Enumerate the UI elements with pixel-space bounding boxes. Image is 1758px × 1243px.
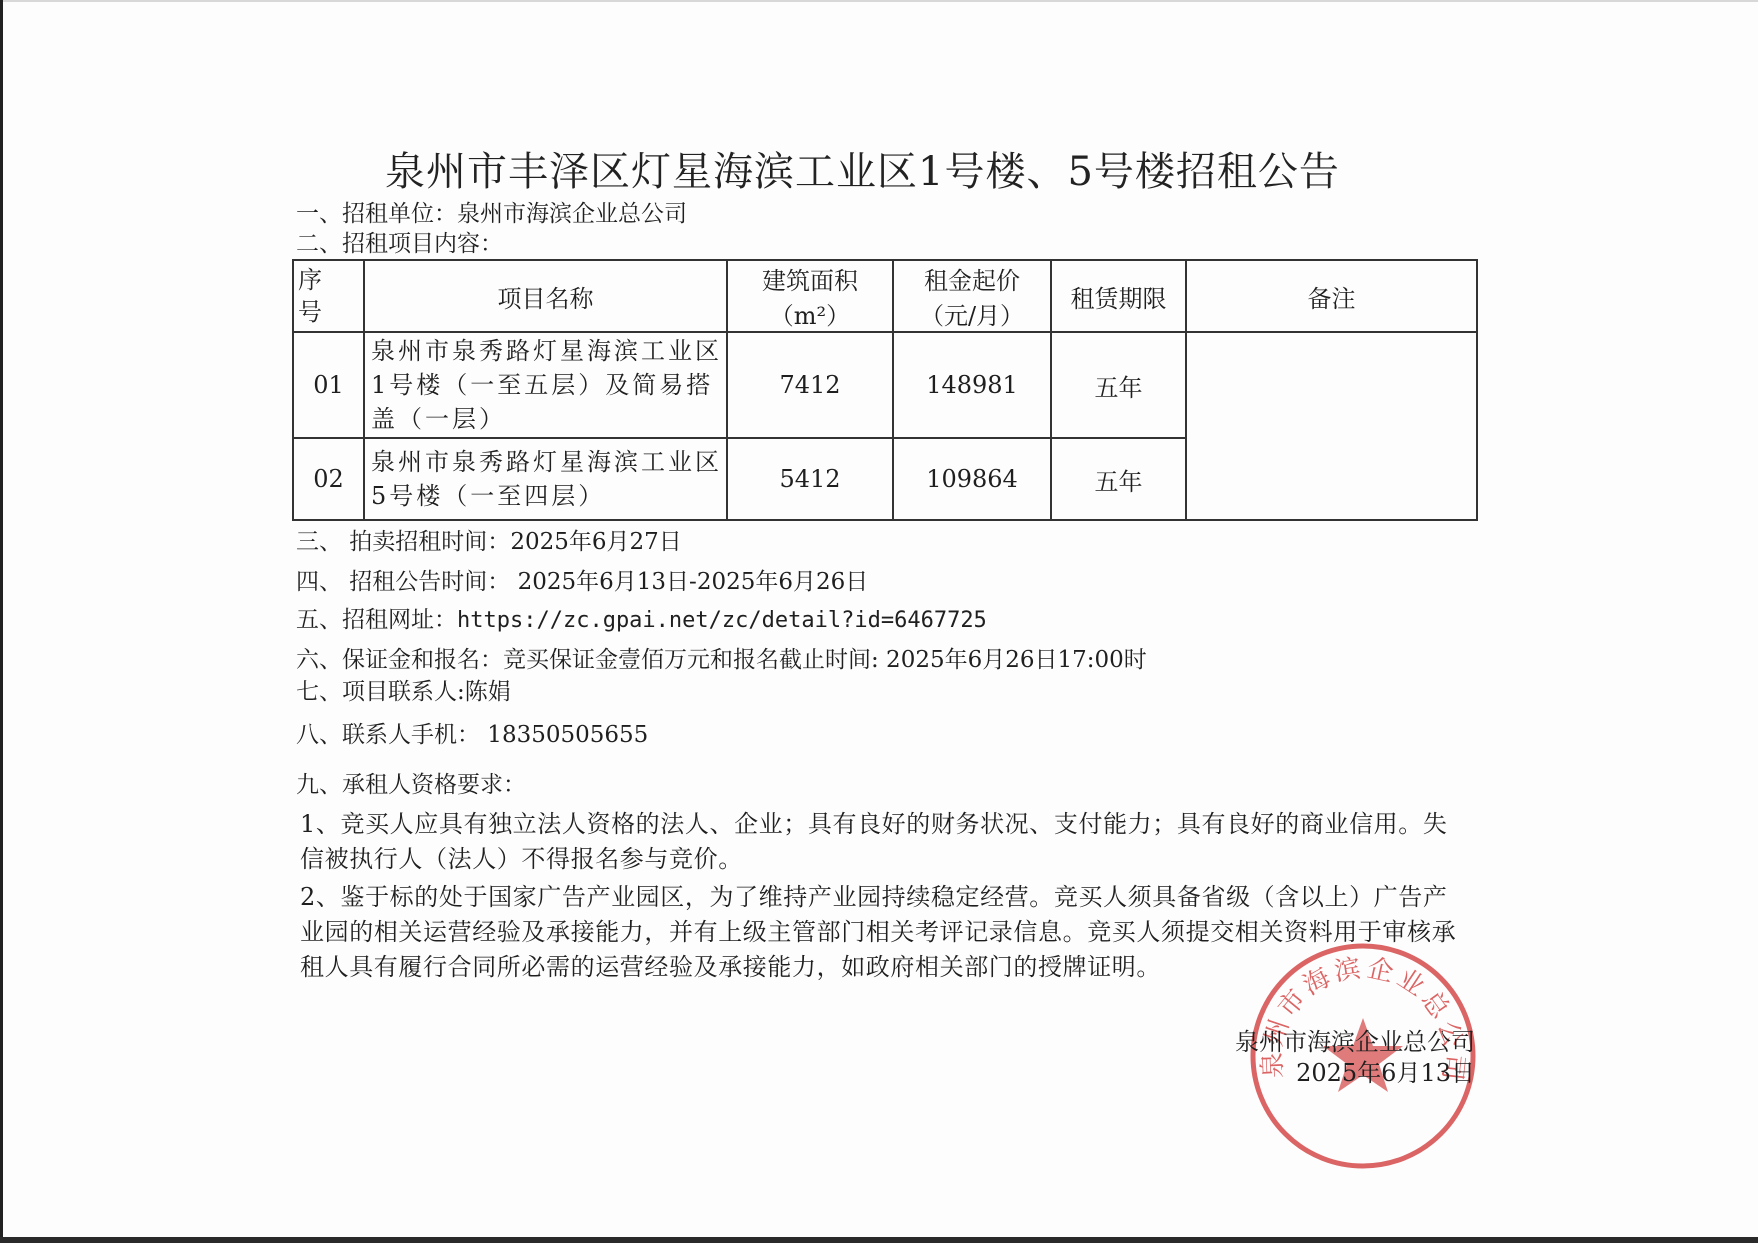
section-2-label: 二、招租项目内容： — [296, 231, 503, 257]
requirement-2: 2、鉴于标的处于国家广告产业园区，为了维持产业园持续稳定经营。竞买人须具备省级（… — [300, 880, 1468, 985]
cell-name: 泉州市泉秀路灯星海滨工业区1号楼（一至五层）及简易搭盖（一层） — [364, 332, 727, 438]
cell-area: 5412 — [727, 438, 893, 520]
section-1-label: 一、招租单位： — [296, 201, 457, 227]
section-8-label: 八、联系人手机： — [296, 722, 480, 748]
header-seq: 序 号 — [293, 260, 364, 332]
section-9-label: 九、承租人资格要求： — [296, 772, 526, 798]
cell-remarks — [1186, 332, 1477, 520]
cell-rent: 109864 — [893, 438, 1051, 520]
table-row: 01 泉州市泉秀路灯星海滨工业区1号楼（一至五层）及简易搭盖（一层） 7412 … — [293, 332, 1477, 438]
cell-seq: 02 — [293, 438, 364, 520]
cell-term: 五年 — [1051, 438, 1186, 520]
header-remarks: 备注 — [1186, 260, 1477, 332]
section-5-label: 五、招租网址： — [296, 607, 457, 633]
section-6-value: 竞买保证金壹佰万元和报名截止时间: 2025年6月26日17:00时 — [503, 647, 1147, 673]
section-4-label: 四、 招租公告时间： — [296, 569, 510, 595]
cell-term: 五年 — [1051, 332, 1186, 438]
requirement-1: 1、竞买人应具有独立法人资格的法人、企业；具有良好的财务状况、支付能力；具有良好… — [300, 807, 1468, 877]
header-area-line2: （m²） — [734, 296, 886, 331]
signature-date: 2025年6月13日 — [1296, 1058, 1475, 1088]
section-9-heading: 九、承租人资格要求： — [296, 770, 526, 800]
section-5-url-link[interactable]: https://zc.gpai.net/zc/detail?id=6467725 — [457, 608, 987, 633]
header-rent-line1: 租金起价 — [900, 261, 1044, 296]
section-5-website: 五、招租网址：https://zc.gpai.net/zc/detail?id=… — [296, 605, 987, 636]
scan-edge-top — [0, 0, 1758, 2]
section-8-phone: 八、联系人手机： 18350505655 — [296, 720, 648, 750]
section-1-value: 泉州市海滨企业总公司 — [457, 201, 687, 227]
section-8-value: 18350505655 — [480, 722, 648, 748]
header-name: 项目名称 — [364, 260, 727, 332]
section-1-lessor: 一、招租单位：泉州市海滨企业总公司 — [296, 199, 687, 229]
header-rent: 租金起价 （元/月） — [893, 260, 1051, 332]
section-2-heading: 二、招租项目内容： — [296, 229, 503, 259]
header-rent-line2: （元/月） — [900, 296, 1044, 331]
header-area: 建筑面积 （m²） — [727, 260, 893, 332]
cell-area: 7412 — [727, 332, 893, 438]
section-7-label: 七、项目联系人: — [296, 679, 465, 705]
header-term: 租赁期限 — [1051, 260, 1186, 332]
document-title: 泉州市丰泽区灯星海滨工业区1号楼、5号楼招租公告 — [385, 148, 1365, 196]
items-table: 序 号 项目名称 建筑面积 （m²） 租金起价 （元/月） 租赁期限 备注 01… — [292, 259, 1478, 521]
section-7-contact: 七、项目联系人:陈娟 — [296, 677, 511, 707]
signature-company: 泉州市海滨企业总公司 — [1235, 1027, 1475, 1057]
scan-edge-left — [0, 0, 3, 1243]
section-6-label: 六、保证金和报名： — [296, 647, 503, 673]
section-3-label: 三、 拍卖招租时间： — [296, 529, 510, 555]
section-4-notice-period: 四、 招租公告时间： 2025年6月13日-2025年6月26日 — [296, 567, 868, 597]
scan-edge-bottom — [0, 1237, 1758, 1243]
header-seq-line1: 序 — [298, 264, 357, 296]
cell-name: 泉州市泉秀路灯星海滨工业区5号楼（一至四层） — [364, 438, 727, 520]
section-3-value: 2025年6月27日 — [510, 529, 681, 555]
section-6-deposit: 六、保证金和报名：竞买保证金壹佰万元和报名截止时间: 2025年6月26日17:… — [296, 645, 1147, 675]
section-7-value: 陈娟 — [465, 679, 511, 705]
cell-rent: 148981 — [893, 332, 1051, 438]
header-seq-line2: 号 — [298, 296, 357, 328]
header-area-line1: 建筑面积 — [734, 261, 886, 296]
section-3-auction-date: 三、 拍卖招租时间：2025年6月27日 — [296, 527, 682, 557]
section-4-value: 2025年6月13日-2025年6月26日 — [510, 569, 868, 595]
table-header-row: 序 号 项目名称 建筑面积 （m²） 租金起价 （元/月） 租赁期限 备注 — [293, 260, 1477, 332]
cell-seq: 01 — [293, 332, 364, 438]
